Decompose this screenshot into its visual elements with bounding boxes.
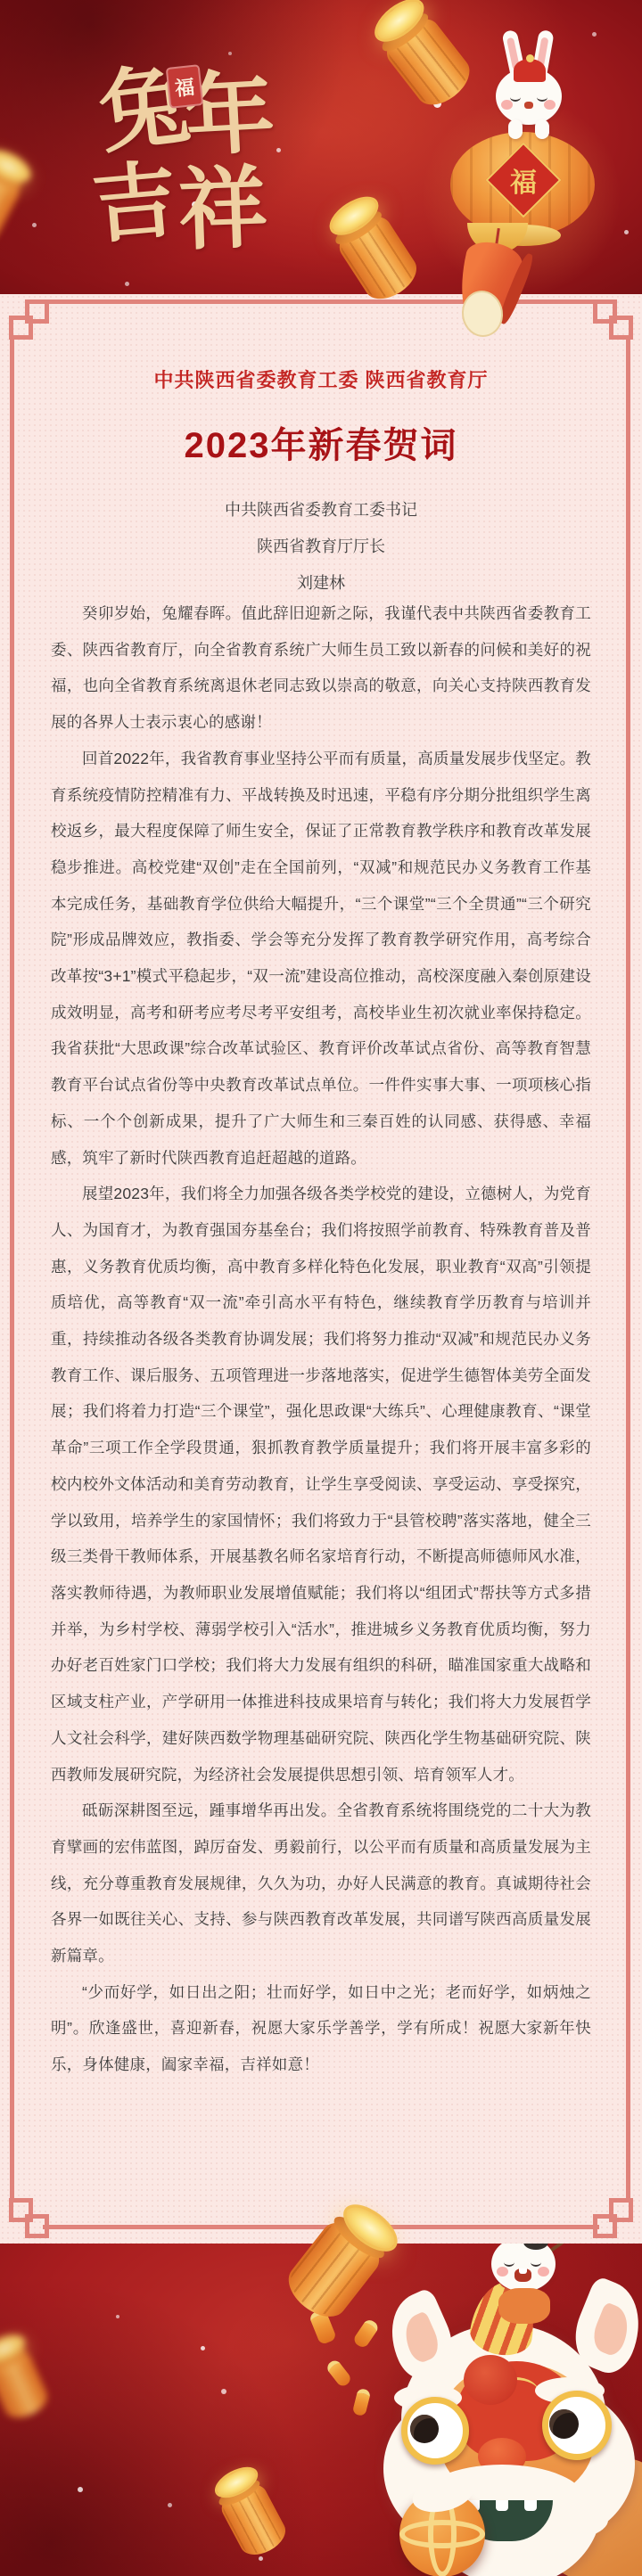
rabbit-cheek bbox=[538, 2267, 549, 2277]
frame-line-top bbox=[43, 299, 599, 304]
paragraph: 展望2023年，我们将全力加强各级各类学校党的建设，立德树人，为党育人、为国育才… bbox=[51, 1176, 591, 1793]
letter-text: 癸卯岁始，兔耀春晖。值此辞旧迎新之际，我谨代表中共陕西省委教育工委、陕西省教育厅… bbox=[51, 595, 591, 2083]
bokeh-dot bbox=[544, 127, 549, 132]
rabbit-eye bbox=[531, 2258, 541, 2267]
calligraphy-char-ji: 吉 bbox=[89, 159, 180, 250]
new-year-greeting-page: 兔 年 吉 祥 福 中共陕西省委教育工委 陕西省教育厅 2023年新春贺词 中共… bbox=[0, 0, 642, 2576]
rabbit-mouth bbox=[514, 2268, 531, 2282]
paragraph: 回首2022年，我省教育事业坚持公平而有质量，高质量发展步伐坚定。教育系统疫情防… bbox=[51, 741, 591, 1176]
bokeh-dot bbox=[433, 100, 441, 108]
frame-line-right bbox=[626, 335, 630, 2203]
bokeh-dot bbox=[592, 32, 597, 37]
footer-banner bbox=[0, 2244, 642, 2576]
frame-corner-knot-icon bbox=[7, 298, 50, 340]
frame-line-left bbox=[10, 335, 14, 2203]
frame-line-bottom bbox=[43, 2225, 599, 2229]
bokeh-dot bbox=[228, 52, 232, 55]
paragraph: 癸卯岁始，兔耀春晖。值此辞旧迎新之际，我谨代表中共陕西省委教育工委、陕西省教育厅… bbox=[51, 595, 591, 741]
bokeh-dot bbox=[259, 2556, 263, 2561]
rabbit-cheek bbox=[497, 2267, 508, 2277]
organization-title: 中共陕西省委教育工委 陕西省教育厅 bbox=[0, 365, 642, 393]
author-line: 中共陕西省委教育工委书记 bbox=[0, 492, 642, 529]
calligraphy-char-xiang: 祥 bbox=[177, 164, 268, 256]
bokeh-dot bbox=[201, 2346, 205, 2350]
author-line: 陕西省教育厅厅长 bbox=[0, 529, 642, 565]
bokeh-dot bbox=[125, 282, 129, 286]
frame-corner-knot-icon bbox=[7, 2197, 50, 2240]
bokeh-dot bbox=[276, 148, 281, 152]
bokeh-dot bbox=[116, 2315, 119, 2318]
header-banner: 兔 年 吉 祥 福 bbox=[0, 0, 642, 294]
rabbit-outfit bbox=[498, 2288, 550, 2324]
lion-nose-pom bbox=[464, 2355, 517, 2405]
paragraph: “少而好学，如日出之阳；壮而好学，如日中之光；老而好学，如炳烛之明”。欣逢盛世，… bbox=[51, 1974, 591, 2083]
document-body: 中共陕西省委教育工委 陕西省教育厅 2023年新春贺词 中共陕西省委教育工委书记… bbox=[0, 294, 642, 2244]
bokeh-dot bbox=[168, 2503, 172, 2507]
fu-seal-icon: 福 bbox=[166, 64, 204, 109]
author-block: 中共陕西省委教育工委书记 陕西省教育厅厅长 刘建林 bbox=[0, 492, 642, 602]
paragraph: 砥砺深耕图至远，踵事增华再出发。全省教育系统将围绕党的二十大为教育擘画的宏伟蓝图… bbox=[51, 1793, 591, 1974]
lion-pupil-left bbox=[410, 2415, 439, 2443]
bokeh-dot bbox=[78, 2487, 83, 2492]
bokeh-dot bbox=[624, 230, 629, 234]
bokeh-dot bbox=[32, 223, 37, 227]
page-title: 2023年新春贺词 bbox=[0, 417, 642, 468]
bokeh-dot bbox=[221, 2389, 226, 2394]
frame-corner-knot-icon bbox=[592, 2197, 635, 2240]
lion-pupil-right bbox=[549, 2409, 579, 2439]
frame-corner-knot-icon bbox=[592, 298, 635, 340]
rabbit-eye bbox=[504, 2258, 514, 2267]
